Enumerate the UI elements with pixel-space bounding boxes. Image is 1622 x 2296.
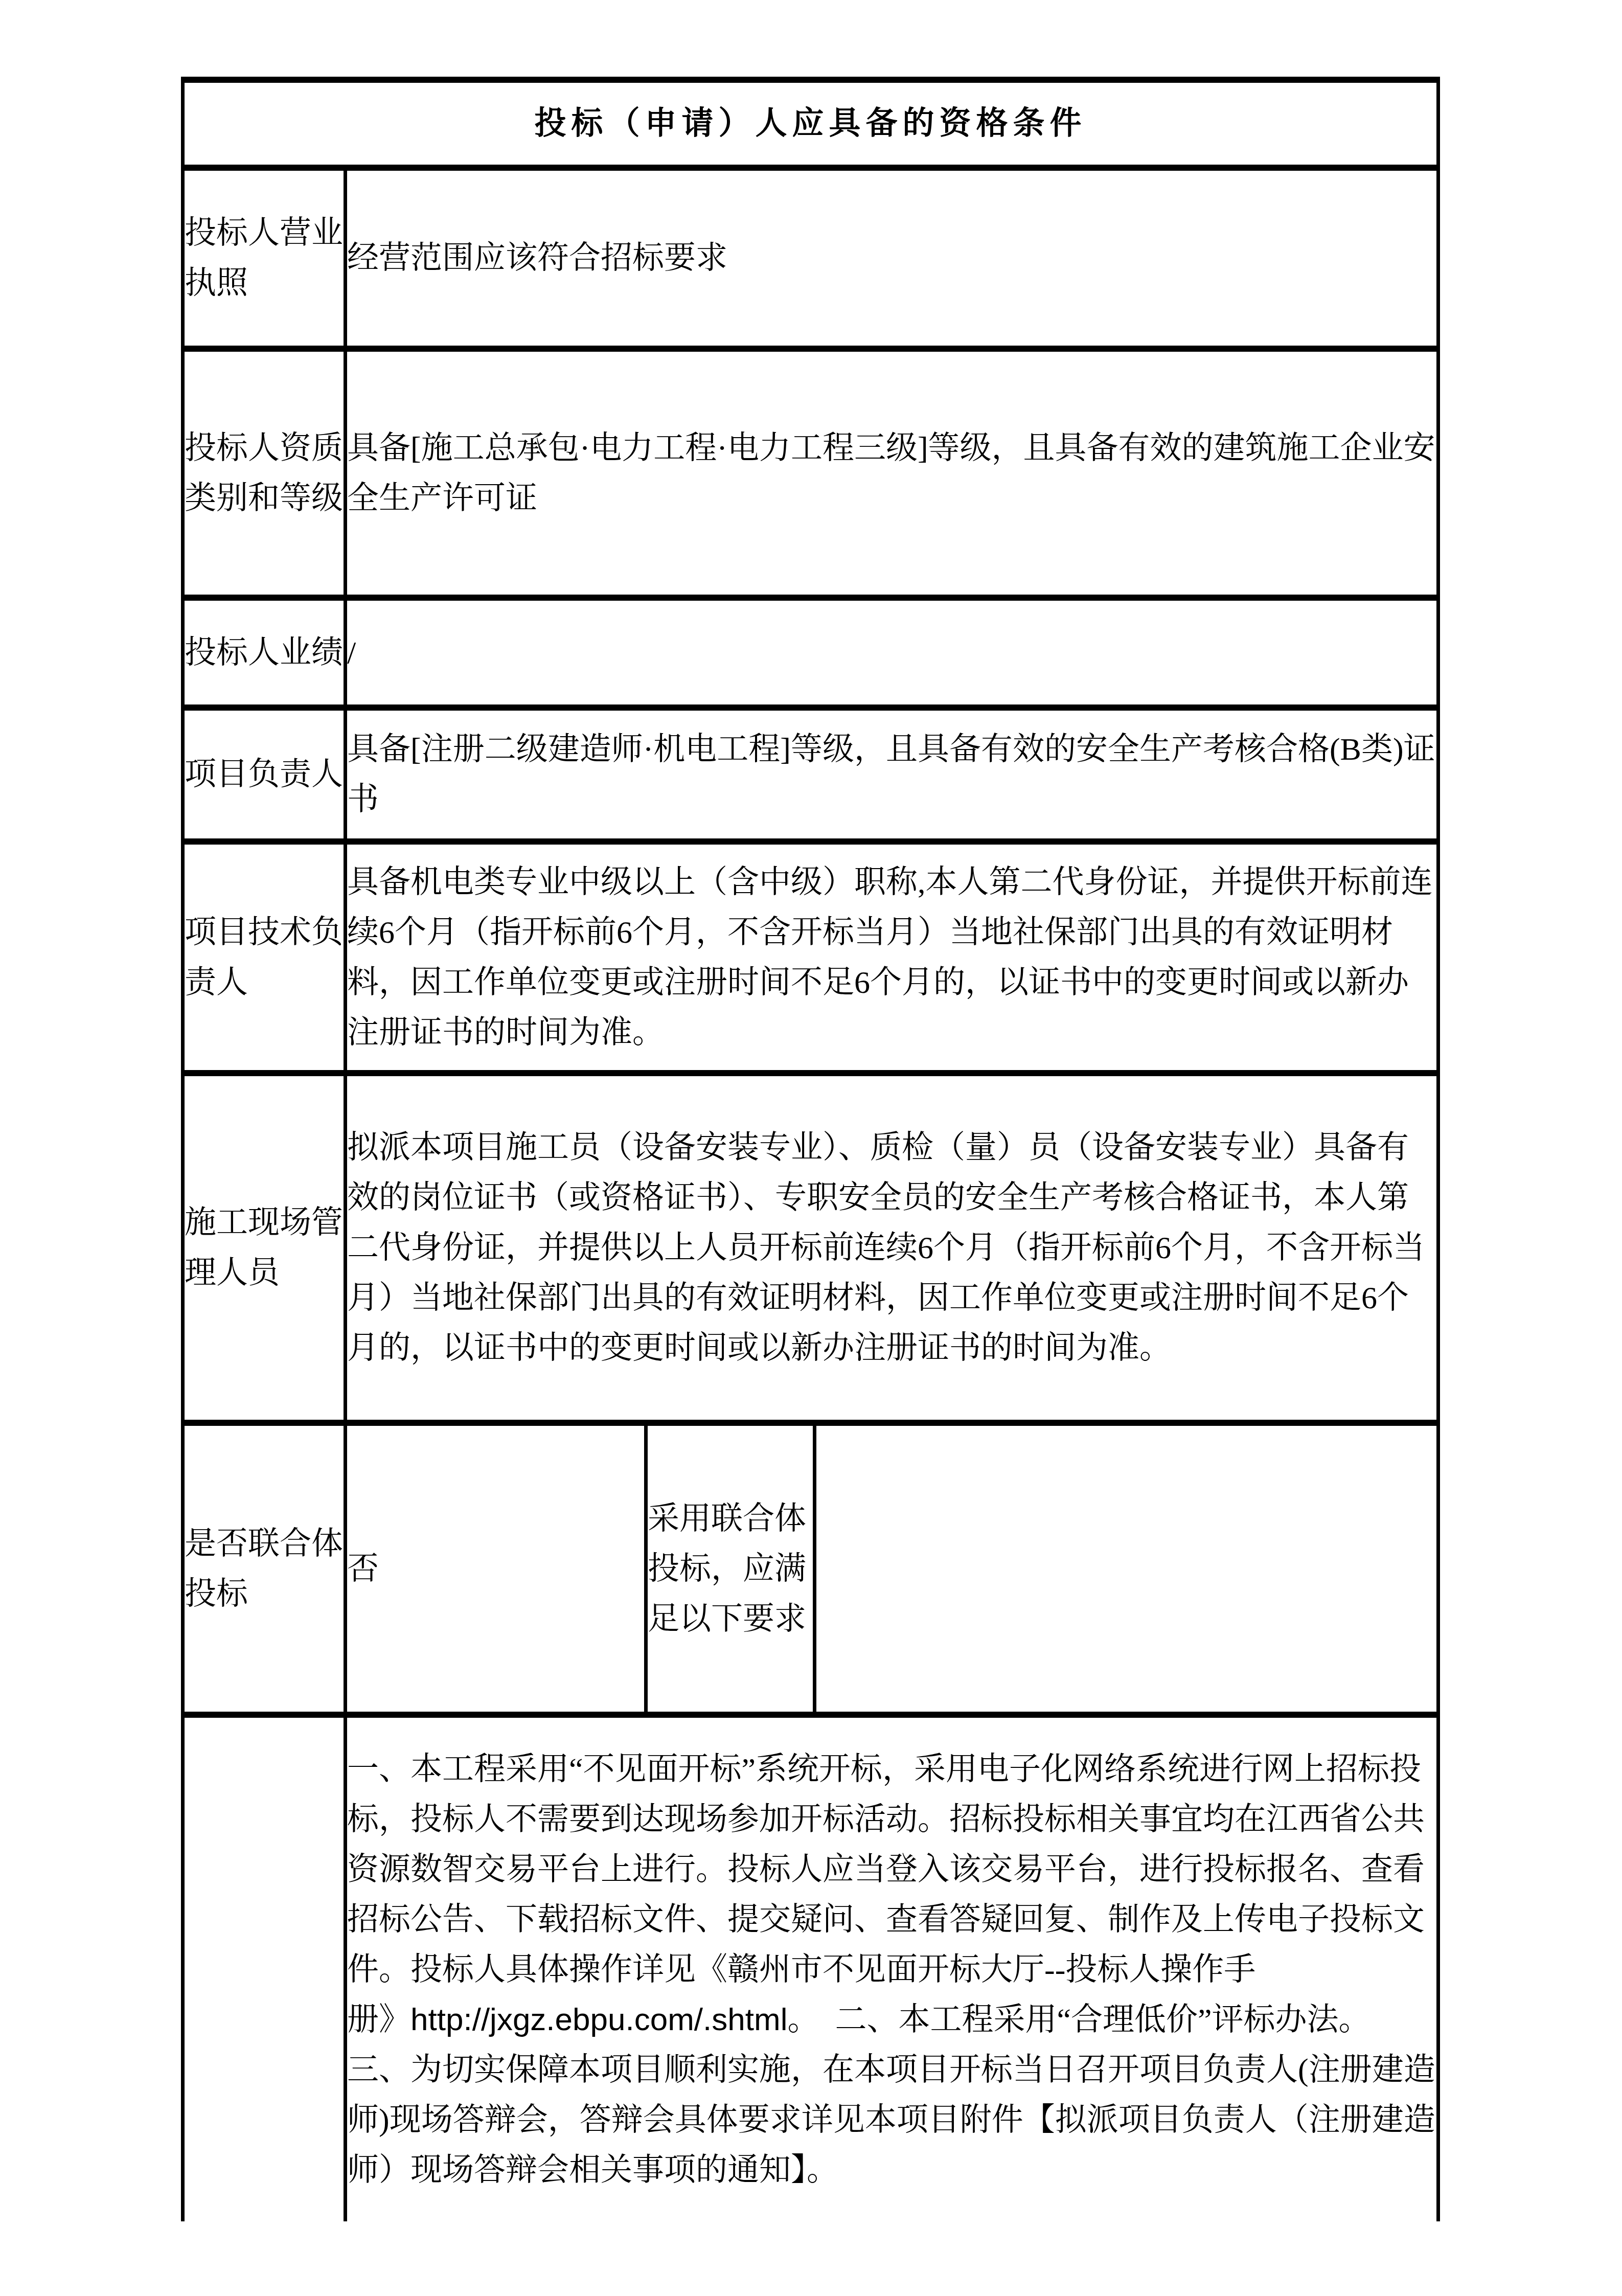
row-content-technical-leader: 具备机电类专业中级以上（含中级）职称,本人第二代身份证，并提供开标前连续6个月（… [346, 842, 1438, 1073]
notes-part2: 册》 [347, 2003, 410, 2037]
row-content-qualification-grade: 具备[施工总承包·电力工程·电力工程三级]等级，且具备有效的建筑施工企业安全生产… [346, 349, 1438, 598]
row-content-site-management: 拟派本项目施工员（设备安装专业）、质检（量）员（设备安装专业）具备有效的岗位证书… [346, 1073, 1438, 1423]
row-label-site-management: 施工现场管理人员 [183, 1073, 346, 1423]
table-row: 投标人业绩 / [183, 598, 1438, 708]
notes-row: 一、本工程采用“不见面开标”系统开标，采用电子化网络系统进行网上招标投标，投标人… [183, 1715, 1438, 2221]
row-label-joint-venture: 是否联合体投标 [183, 1423, 346, 1715]
row-label-qualification-grade: 投标人资质类别和等级 [183, 349, 346, 598]
document-page: 投标（申请）人应具备的资格条件 投标人营业执照 经营范围应该符合招标要求 投标人… [0, 0, 1622, 2296]
row-label-business-licence: 投标人营业执照 [183, 168, 346, 349]
row-label-project-leader: 项目负责人 [183, 708, 346, 842]
row-content-project-leader: 具备[注册二级建造师·机电工程]等级，且具备有效的安全生产考核合格(B类)证书 [346, 708, 1438, 842]
table-row: 项目负责人 具备[注册二级建造师·机电工程]等级，且具备有效的安全生产考核合格(… [183, 708, 1438, 842]
table-row: 项目技术负责人 具备机电类专业中级以上（含中级）职称,本人第二代身份证，并提供开… [183, 842, 1438, 1073]
table-row: 施工现场管理人员 拟派本项目施工员（设备安装专业）、质检（量）员（设备安装专业）… [183, 1073, 1438, 1423]
row-content-business-licence: 经营范围应该符合招标要求 [346, 168, 1438, 349]
title-row: 投标（申请）人应具备的资格条件 [183, 80, 1438, 168]
table-title: 投标（申请）人应具备的资格条件 [183, 80, 1438, 168]
joint-venture-extra [815, 1423, 1438, 1715]
table-row: 投标人营业执照 经营范围应该符合招标要求 [183, 168, 1438, 349]
notes-paragraph-1: 一、本工程采用“不见面开标”系统开标，采用电子化网络系统进行网上招标投标，投标人… [347, 1744, 1436, 1995]
notes-url: http://jxgz.ebpu.com/.shtml [410, 2002, 787, 2037]
row-label-technical-leader: 项目技术负责人 [183, 842, 346, 1073]
notes-paragraph-2: 册》http://jxgz.ebpu.com/.shtml。 二、本工程采用“合… [347, 1995, 1436, 2195]
joint-venture-condition: 采用联合体投标，应满足以下要求 [646, 1423, 815, 1715]
row-label-performance: 投标人业绩 [183, 598, 346, 708]
row-content-performance: / [346, 598, 1438, 708]
joint-venture-answer: 否 [346, 1423, 646, 1715]
notes-content: 一、本工程采用“不见面开标”系统开标，采用电子化网络系统进行网上招标投标，投标人… [346, 1715, 1438, 2221]
joint-venture-row: 是否联合体投标 否 采用联合体投标，应满足以下要求 [183, 1423, 1438, 1715]
notes-row-empty-label [183, 1715, 346, 2221]
qualification-table: 投标（申请）人应具备的资格条件 投标人营业执照 经营范围应该符合招标要求 投标人… [181, 77, 1440, 2221]
table-row: 投标人资质类别和等级 具备[施工总承包·电力工程·电力工程三级]等级，且具备有效… [183, 349, 1438, 598]
